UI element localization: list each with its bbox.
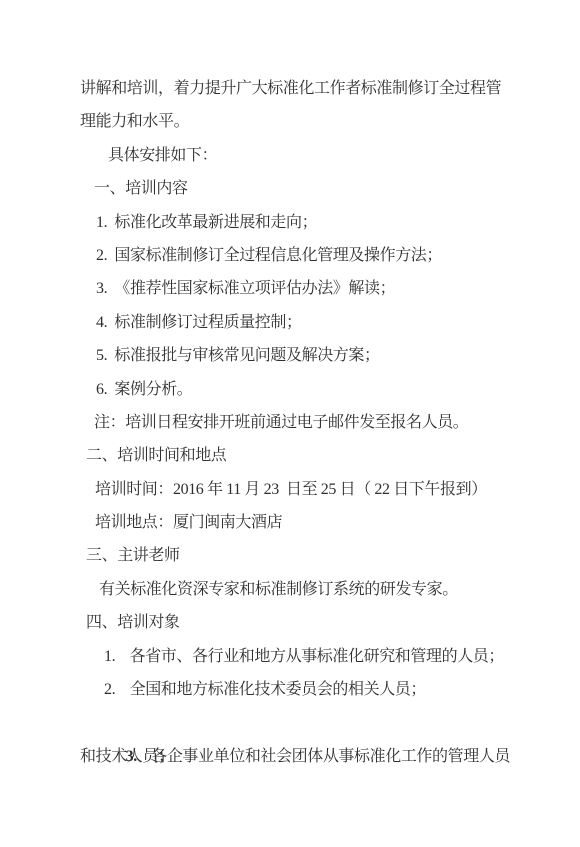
targets-item-2: 2. 全国和地方标准化技术委员会的相关人员； [104, 673, 580, 706]
content-note: 注：培训日程安排开班前通过电子邮件发至报名人员。 [94, 406, 580, 439]
document-body: 讲解和培训，着力提升广大标准化工作者标准制修订全过程管 理能力和水平。 具体安排… [0, 0, 580, 773]
schedule-place: 培训地点：厦门闽南大酒店 [95, 506, 580, 539]
section-2-heading: 二、培训时间和地点 [86, 439, 580, 472]
schedule-time: 培训时间：2016 年 11 月 23 日至 25 日（ 22 日下午报到） [95, 473, 580, 506]
content-item-6: 6. 案例分析。 [96, 373, 580, 406]
section-1-heading: 一、培训内容 [94, 172, 580, 205]
content-item-1: 1. 标准化改革最新进展和走向； [96, 206, 580, 239]
section-3-heading: 三、主讲老师 [86, 539, 580, 572]
content-item-4: 4. 标准制修订过程质量控制； [96, 306, 580, 339]
section-4-heading: 四、培训对象 [86, 606, 580, 639]
content-item-2: 2. 国家标准制修订全过程信息化管理及操作方法； [96, 239, 580, 272]
teachers-body: 有关标准化资深专家和标准制修订系统的研发专家。 [99, 573, 580, 606]
document-page: 讲解和培训，着力提升广大标准化工作者标准制修订全过程管 理能力和水平。 具体安排… [0, 0, 580, 847]
content-item-5: 5. 标准报批与审核常见问题及解决方案； [96, 339, 580, 372]
intro-line-1: 讲解和培训，着力提升广大标准化工作者标准制修订全过程管 [80, 72, 580, 105]
targets-item-3-text: 各企事业单位和社会团体从事标准化工作的管理人员 [137, 748, 510, 765]
intro-line-2: 理能力和水平。 [80, 105, 580, 138]
targets-item-3: 3. 各企事业单位和社会团体从事标准化工作的管理人员 [104, 706, 580, 739]
targets-item-1: 1. 各省市、各行业和地方从事标准化研究和管理的人员； [104, 640, 580, 673]
intro-lead: 具体安排如下： [108, 139, 580, 172]
content-item-3: 3. 《推荐性国家标准立项评估办法》解读； [96, 272, 580, 305]
